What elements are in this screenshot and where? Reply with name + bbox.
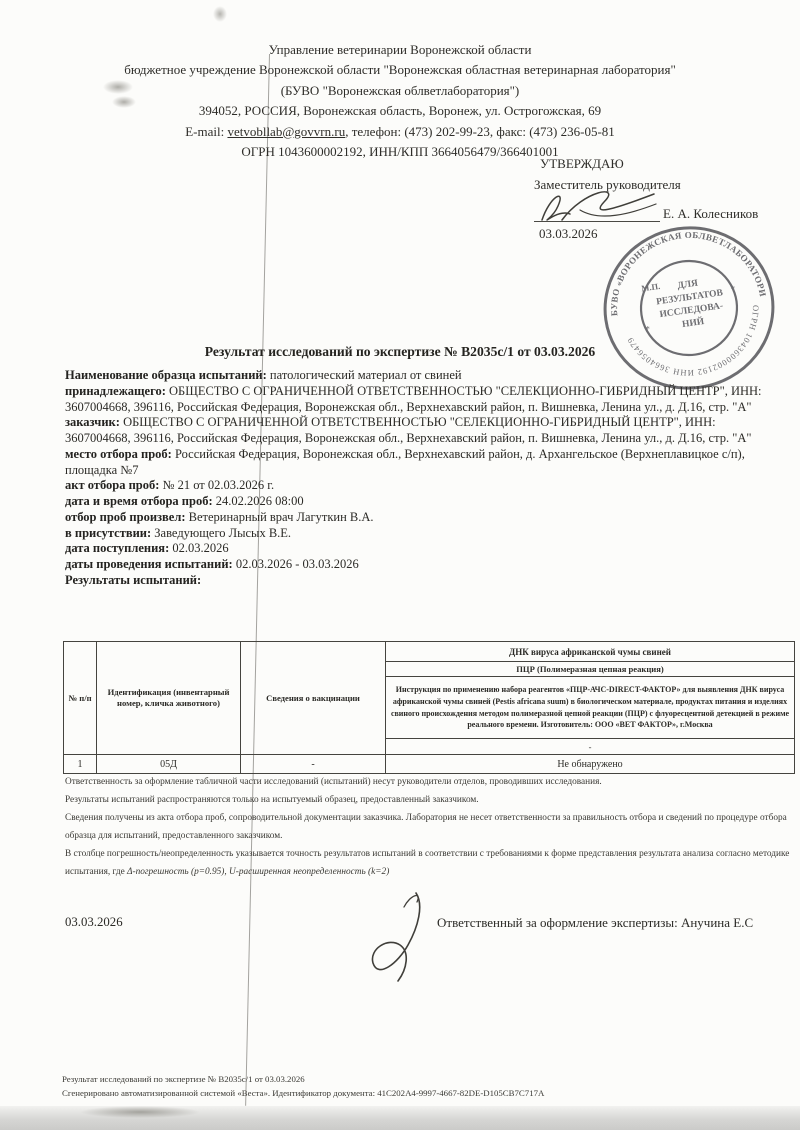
table-row: 1 05Д - Не обнаружено bbox=[64, 755, 795, 774]
org-department: Управление ветеринарии Воронежской облас… bbox=[0, 40, 800, 60]
field-label: место отбора проб: bbox=[65, 447, 172, 461]
field-value: 02.03.2026 bbox=[172, 541, 228, 555]
document-field: Результаты испытаний: bbox=[65, 573, 762, 589]
org-address: 394052, РОССИЯ, Воронежская область, Вор… bbox=[0, 101, 800, 121]
report-date: 03.03.2026 bbox=[65, 915, 123, 930]
document-field: Наименование образца испытаний: патологи… bbox=[65, 368, 762, 384]
stamp-asterisk: * bbox=[645, 324, 651, 335]
org-short-name: (БУВО "Воронежская облветлаборатория") bbox=[0, 81, 800, 101]
org-ogrn-inn: ОГРН 1043600002192, ИНН/КПП 3664056479/3… bbox=[0, 142, 800, 162]
document-field: акт отбора проб: № 21 от 02.03.2026 г. bbox=[65, 478, 762, 494]
stamp-center-line: ДЛЯ bbox=[677, 279, 699, 292]
footnote: Ответственность за оформление табличной … bbox=[65, 773, 800, 791]
footnotes: Ответственность за оформление табличной … bbox=[65, 773, 800, 881]
scan-smudge bbox=[80, 1106, 200, 1118]
document-field: заказчик: ОБЩЕСТВО С ОГРАНИЧЕННОЙ ОТВЕТС… bbox=[65, 415, 762, 447]
scanned-document-page: Управление ветеринарии Воронежской облас… bbox=[0, 0, 800, 1130]
org-email: vetvobllab@govvrn.ru bbox=[227, 124, 345, 139]
field-value: Заведующего Лысых В.Е. bbox=[154, 526, 291, 540]
signature-line bbox=[534, 221, 660, 222]
field-value: Ветеринарный врач Лагуткин В.А. bbox=[189, 510, 374, 524]
approval-signature bbox=[528, 180, 668, 226]
field-label: заказчик: bbox=[65, 415, 120, 429]
field-label: Результаты испытаний: bbox=[65, 573, 201, 587]
field-label: Наименование образца испытаний: bbox=[65, 368, 267, 382]
stamp-asterisk: * bbox=[730, 283, 736, 294]
document-field: в присутствии: Заведующего Лысых В.Е. bbox=[65, 526, 762, 542]
responsible-signature bbox=[360, 885, 440, 985]
field-label: акт отбора проб: bbox=[65, 478, 159, 492]
cell-result: Не обнаружено bbox=[386, 755, 795, 774]
field-value: № 21 от 02.03.2026 г. bbox=[163, 478, 275, 492]
document-field: отбор проб произвел: Ветеринарный врач Л… bbox=[65, 510, 762, 526]
org-name: бюджетное учреждение Воронежской области… bbox=[0, 60, 800, 80]
email-label: E-mail: bbox=[185, 124, 224, 139]
field-value: 24.02.2026 08:00 bbox=[216, 494, 304, 508]
org-header: Управление ветеринарии Воронежской облас… bbox=[0, 40, 800, 162]
field-label: в присутствии: bbox=[65, 526, 151, 540]
org-contacts: E-mail: vetvobllab@govvrn.ru, телефон: (… bbox=[0, 122, 800, 142]
result-group-instruction: Инструкция по применению набора реагенто… bbox=[386, 677, 795, 739]
field-label: дата поступления: bbox=[65, 541, 169, 555]
document-field: принадлежащего: ОБЩЕСТВО С ОГРАНИЧЕННОЙ … bbox=[65, 384, 762, 416]
approve-label: УТВЕРЖДАЮ bbox=[540, 156, 624, 172]
field-value: патологический материал от свиней bbox=[270, 368, 462, 382]
result-group-title: ДНК вируса африканской чумы свиней bbox=[386, 642, 795, 662]
footnote-italic: Δ-погрешность (p=0.95), U-расширенная не… bbox=[127, 867, 389, 877]
col-header-vaccination: Сведения о вакцинации bbox=[241, 642, 386, 755]
footnote-list: Ответственность за оформление табличной … bbox=[65, 773, 800, 845]
field-label: отбор проб произвел: bbox=[65, 510, 186, 524]
footnote-uncertainty: В столбце погрешность/неопределенность у… bbox=[65, 845, 800, 881]
footnote: Результаты испытаний распространяются то… bbox=[65, 791, 800, 809]
org-phone-fax: , телефон: (473) 202-99-23, факс: (473) … bbox=[345, 124, 615, 139]
document-field: даты проведения испытаний: 02.03.2026 - … bbox=[65, 557, 762, 573]
footnote: Сведения получены из акта отбора проб, с… bbox=[65, 809, 800, 845]
col-header-num: № п/п bbox=[64, 642, 97, 755]
result-group-unit: - bbox=[386, 739, 795, 755]
col-header-identification: Идентификация (инвентарный номер, кличка… bbox=[97, 642, 241, 755]
document-fields: Наименование образца испытаний: патологи… bbox=[65, 368, 762, 589]
field-value: ОБЩЕСТВО С ОГРАНИЧЕННОЙ ОТВЕТСТВЕННОСТЬЮ… bbox=[65, 384, 762, 414]
field-label: даты проведения испытаний: bbox=[65, 557, 233, 571]
results-table: № п/п Идентификация (инвентарный номер, … bbox=[63, 641, 795, 774]
document-title: Результат исследований по экспертизе № В… bbox=[0, 344, 800, 360]
stamp-center-line: НИЙ bbox=[681, 315, 705, 330]
footer-expertise-ref: Результат исследований по экспертизе № В… bbox=[62, 1072, 782, 1086]
footer-generated-id: Сгенерировано автоматизированной системо… bbox=[62, 1086, 782, 1100]
approve-date: 03.03.2026 bbox=[539, 226, 598, 242]
document-field: место отбора проб: Российская Федерация,… bbox=[65, 447, 762, 479]
document-footer: Результат исследований по экспертизе № В… bbox=[62, 1072, 782, 1100]
stamp-mp-label: М.П. bbox=[641, 281, 661, 294]
scan-smudge bbox=[213, 6, 227, 22]
cell-num: 1 bbox=[64, 755, 97, 774]
result-group-method: ПЦР (Полимеразная цепная реакция) bbox=[386, 662, 795, 677]
field-value: 02.03.2026 - 03.03.2026 bbox=[236, 557, 359, 571]
field-label: дата и время отбора проб: bbox=[65, 494, 213, 508]
cell-identification: 05Д bbox=[97, 755, 241, 774]
field-label: принадлежащего: bbox=[65, 384, 166, 398]
responsible-label: Ответственный за оформление экспертизы: … bbox=[437, 915, 753, 931]
document-field: дата поступления: 02.03.2026 bbox=[65, 541, 762, 557]
cell-vaccination: - bbox=[241, 755, 386, 774]
document-field: дата и время отбора проб: 24.02.2026 08:… bbox=[65, 494, 762, 510]
field-value: ОБЩЕСТВО С ОГРАНИЧЕННОЙ ОТВЕТСТВЕННОСТЬЮ… bbox=[65, 415, 751, 445]
